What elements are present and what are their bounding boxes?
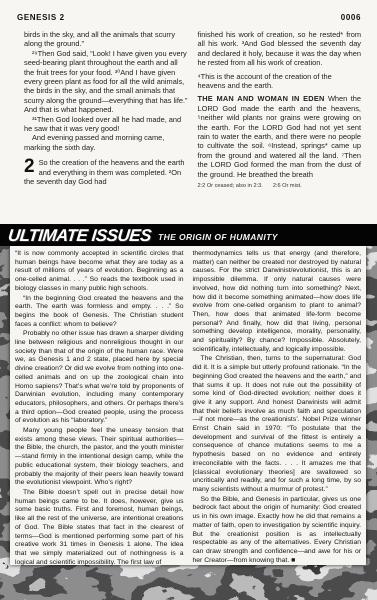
verse-text: And evening passed and morning came, mar… bbox=[24, 133, 188, 152]
article-paragraph: thermodynamics tells us that energy (and… bbox=[193, 250, 362, 354]
verse-text: ²⁹Then God said, “Look! I have given you… bbox=[24, 49, 188, 115]
article-column-right: thermodynamics tells us that energy (and… bbox=[193, 250, 362, 561]
verse-text: birds in the sky, and all the animals th… bbox=[24, 30, 188, 49]
verse-text: finished his work of creation, so he res… bbox=[198, 30, 362, 68]
scripture-section: GENESIS 2 0006 birds in the sky, and all… bbox=[0, 0, 377, 224]
section-heading: THE MAN AND WOMAN IN EDEN bbox=[198, 94, 325, 103]
scripture-column-left: birds in the sky, and all the animals th… bbox=[17, 30, 188, 190]
article-paragraph: Probably no other issue has drawn a shar… bbox=[15, 330, 184, 426]
article-column-left: “It is now commonly accepted in scientif… bbox=[15, 250, 184, 561]
feature-banner: ULTIMATE ISSUES THE ORIGIN OF HUMANITY bbox=[0, 224, 377, 246]
book-chapter-heading: GENESIS 2 bbox=[17, 13, 65, 22]
bible-page: GENESIS 2 0006 birds in the sky, and all… bbox=[0, 0, 377, 600]
article-paragraph: So the Bible, and Genesis in particular,… bbox=[193, 496, 362, 566]
article-paragraph: The Christian, then, turns to the supern… bbox=[193, 355, 362, 494]
banner-subtitle: THE ORIGIN OF HUMANITY bbox=[158, 232, 278, 242]
footnote: 2:6 Or mist. bbox=[273, 183, 302, 190]
verse-text: So the creation of the heavens and the e… bbox=[24, 158, 188, 186]
scripture-columns: birds in the sky, and all the animals th… bbox=[17, 30, 361, 190]
article-paragraph: Many young people feel the uneasy tensio… bbox=[15, 427, 184, 488]
page-number: 0006 bbox=[341, 13, 361, 22]
verse-text: ³¹Then God looked over all he had made, … bbox=[24, 115, 188, 134]
verse-text-with-heading: THE MAN AND WOMAN IN EDEN When the LORD … bbox=[198, 94, 362, 179]
verse-text: ⁴This is the account of the creation of … bbox=[198, 72, 362, 91]
chapter-start: 2 So the creation of the heavens and the… bbox=[24, 158, 188, 186]
article-paragraph: “It is now commonly accepted in scientif… bbox=[15, 250, 184, 294]
verse-text: When the LORD God made the earth and the… bbox=[198, 94, 362, 178]
chapter-number: 2 bbox=[24, 158, 39, 175]
banner-title: ULTIMATE ISSUES bbox=[7, 228, 152, 244]
footnotes: 2:2 Or ceased; also in 2:3. 2:6 Or mist. bbox=[198, 183, 362, 190]
scripture-column-right: finished his work of creation, so he res… bbox=[198, 30, 362, 190]
feature-article-section: “It is now commonly accepted in scientif… bbox=[0, 246, 377, 600]
article-paragraph: “In the beginning God created the heaven… bbox=[15, 295, 184, 330]
running-head: GENESIS 2 0006 bbox=[17, 13, 361, 22]
article-panel: “It is now commonly accepted in scientif… bbox=[10, 246, 366, 565]
footnote: 2:2 Or ceased; also in 2:3. bbox=[198, 183, 263, 190]
article-paragraph: The Bible doesn’t spell out in precise d… bbox=[15, 489, 184, 567]
